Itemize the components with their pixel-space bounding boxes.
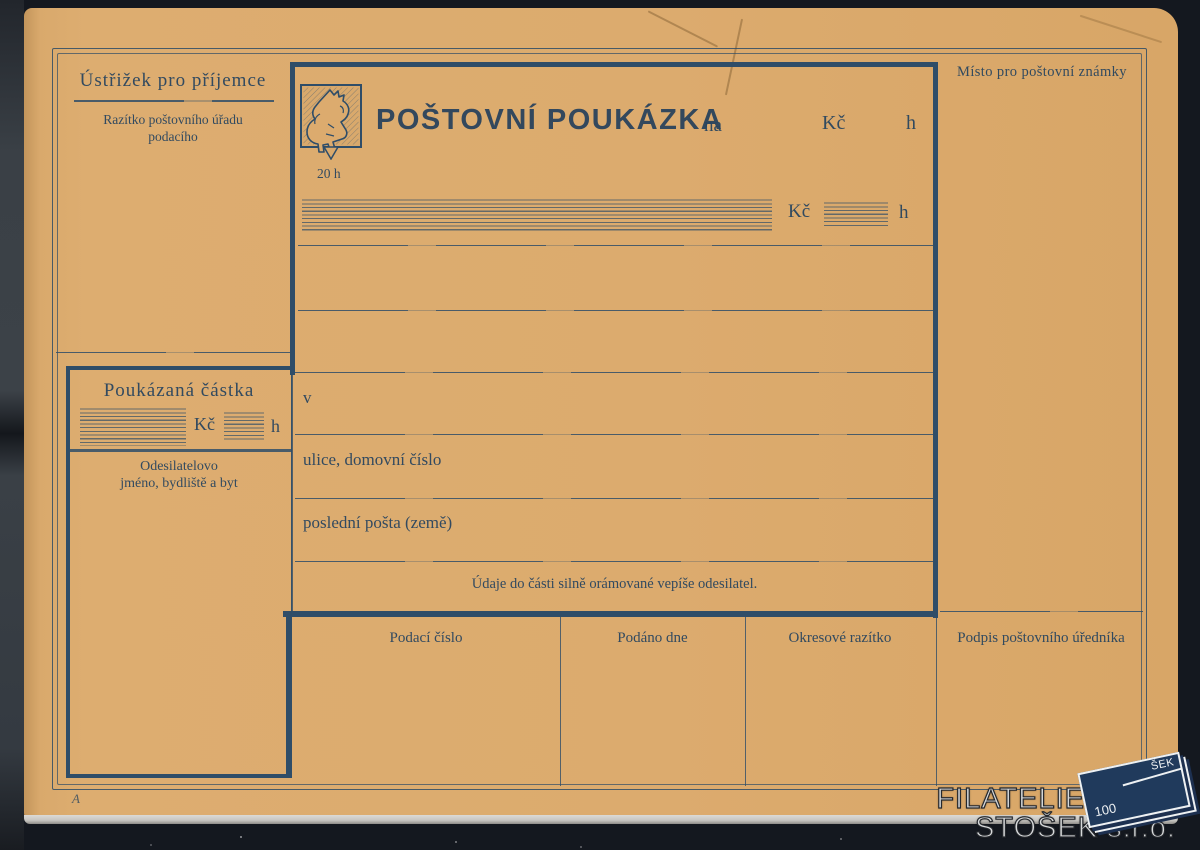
rule bbox=[295, 372, 935, 373]
header-subunit-label: h bbox=[906, 112, 916, 135]
background-card-stack-edge bbox=[0, 0, 24, 850]
stub-stamp-note-line1: Razítko poštovního úřadu bbox=[56, 112, 290, 128]
street-field-label: ulice, domovní číslo bbox=[303, 450, 441, 470]
check-label-value: 100 bbox=[1093, 800, 1117, 819]
fee-note: 20 h bbox=[317, 166, 341, 182]
amount-subunit-hatched-field bbox=[824, 200, 888, 228]
stub-stamp-note-line2: podacího bbox=[56, 129, 290, 145]
table-header-district-stamp: Okresové razítko bbox=[745, 630, 935, 647]
rule bbox=[298, 245, 934, 246]
amount-currency-label: Kč bbox=[788, 201, 810, 223]
panel-subunit-label: h bbox=[271, 416, 280, 437]
form-title: POŠTOVNÍ POUKÁZKA bbox=[376, 104, 723, 137]
header-currency-label: Kč bbox=[822, 112, 845, 135]
photo-stage: Ústřižek pro příjemce Razítko poštovního… bbox=[0, 0, 1200, 850]
rule bbox=[298, 310, 934, 311]
watermark-name-line2: STOŠEK s.r.o. bbox=[975, 812, 1176, 845]
remitted-amount-title: Poukázaná částka bbox=[66, 380, 292, 402]
panel-divider bbox=[66, 449, 292, 452]
table-header-filing-number: Podací číslo bbox=[292, 630, 560, 647]
table-header-clerk-signature: Podpis poštovního úředníka bbox=[938, 630, 1144, 647]
amount-subunit-label: h bbox=[899, 202, 909, 224]
instruction-note: Údaje do části silně orámované vepíše od… bbox=[296, 576, 933, 593]
dust-specks bbox=[240, 836, 242, 838]
panel-currency-label: Kč bbox=[194, 414, 215, 435]
stamp-area-bottom-rule bbox=[940, 611, 1143, 612]
main-box-left-border bbox=[290, 62, 295, 375]
main-form-box bbox=[290, 62, 938, 618]
panel-subunit-hatched-field bbox=[224, 410, 264, 441]
form-title-conjunction: na bbox=[704, 115, 722, 137]
panel-amount-hatched-field bbox=[80, 406, 186, 446]
rule bbox=[295, 561, 935, 562]
sender-note-line1: Odesilatelovo bbox=[66, 459, 292, 475]
post-office-field-label: poslední pošta (země) bbox=[303, 513, 452, 533]
rule bbox=[295, 434, 935, 435]
main-box-bottom-border bbox=[283, 611, 938, 617]
rule bbox=[295, 498, 935, 499]
rule bbox=[74, 100, 274, 102]
coat-of-arms-icon bbox=[300, 84, 362, 160]
receipt-stub-title: Ústřižek pro příjemce bbox=[56, 70, 290, 92]
table-header-filed-on: Podáno dne bbox=[560, 630, 745, 647]
printer-mark: A bbox=[72, 791, 80, 807]
amount-hatched-field bbox=[302, 197, 772, 231]
stub-bottom-rule bbox=[56, 352, 290, 353]
sender-note-line2: jméno, bydliště a byt bbox=[66, 476, 292, 492]
stamp-area-label: Místo pro poštovní známky bbox=[942, 64, 1142, 81]
city-field-label: v bbox=[303, 388, 312, 408]
